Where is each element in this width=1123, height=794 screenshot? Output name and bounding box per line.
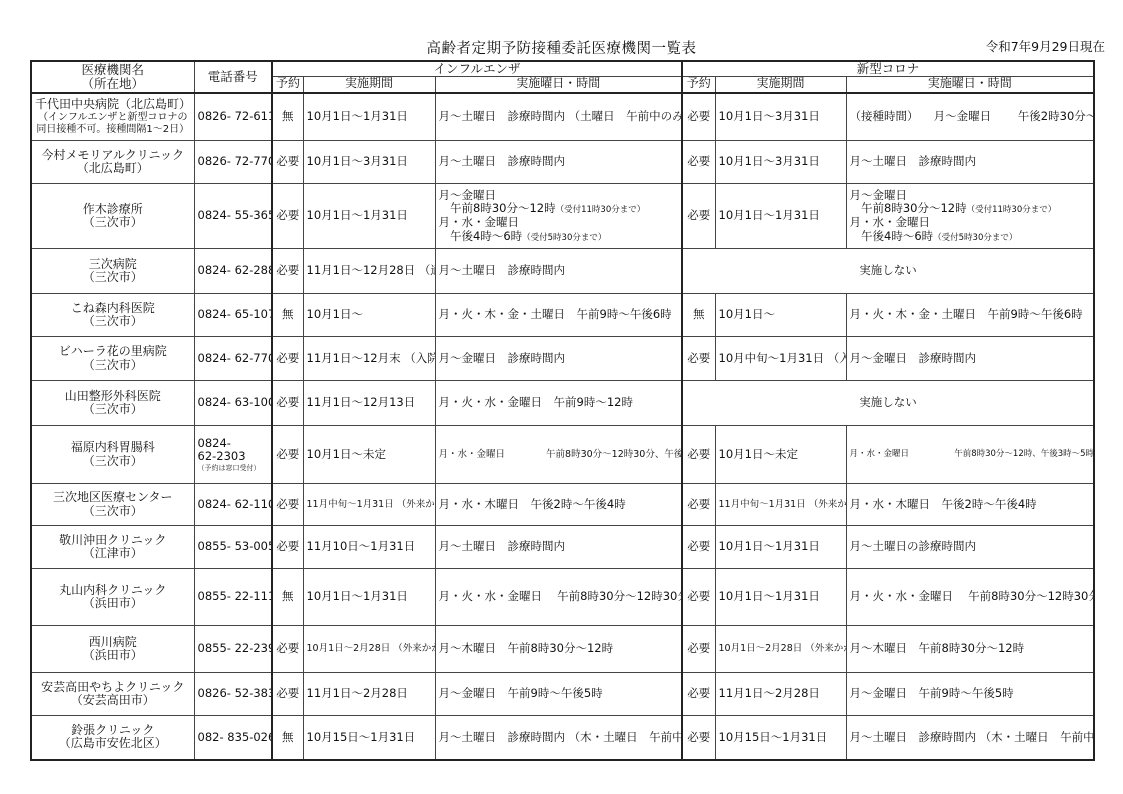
covid-times: 月～金曜日 診療時間内 <box>846 337 1094 381</box>
institution-name: 作木診療所 <box>35 203 191 217</box>
institution-location: （広島市安佐北区） <box>35 737 191 751</box>
as-of-date: 令和7年9月29日現在 <box>986 37 1105 55</box>
flu-times: 月～土曜日 診療時間内 <box>435 526 682 569</box>
institution-cell: 山田整形外科医院 （三次市） <box>31 381 194 426</box>
institution-cell: ビハーラ花の里病院 （三次市） <box>31 337 194 381</box>
institution-location: （浜田市） <box>35 597 191 611</box>
institution-name: 福原内科胃腸科 <box>35 441 191 455</box>
institution-location: （三次市） <box>35 455 191 469</box>
institution-name: 三次病院 <box>35 258 191 272</box>
institution-location: （三次市） <box>35 505 191 519</box>
flu-reservation: 必要 <box>272 526 303 569</box>
institution-cell: 今村メモリアルクリニック （北広島町） <box>31 141 194 184</box>
covid-times: 月～土曜日の診療時間内 <box>846 526 1094 569</box>
header-flu-reservation: 予約 <box>272 76 303 93</box>
institution-note: （インフルエンザと新型コロナの 同日接種不可。接種間隔1～2日） <box>35 112 191 136</box>
institution-name: 敬川沖田クリニック <box>35 534 191 548</box>
table-row: ビハーラ花の里病院 （三次市） 0824- 62-7700 必要 11月1日～1… <box>31 337 1094 381</box>
flu-times: 月・火・水・金曜日 午前9時～12時 午後3時～6時15分 木・土曜日 午前9時… <box>435 381 682 426</box>
covid-not-offered: 実施しない <box>682 249 1094 294</box>
flu-times: 月～土曜日 診療時間内 <box>435 141 682 184</box>
covid-times: 月・水・木曜日 午後2時～午後4時 <box>846 484 1094 526</box>
phone-cell: 0824- 62-2303 （予約は窓口受付） <box>194 426 272 484</box>
flu-period: 11月1日～12月末 （入院中の方のみ接種 可） <box>303 337 435 381</box>
covid-reservation: 必要 <box>682 626 715 673</box>
phone-number: 0826- 72-7701 <box>194 141 272 184</box>
header-covid-days-times: 実施曜日・時間 <box>846 76 1094 93</box>
institution-cell: こね森内科医院 （三次市） <box>31 294 194 337</box>
time-text: 午前8時30分～12時 <box>850 201 967 215</box>
header-covid: 新型コロナ <box>682 61 1094 76</box>
table-row: 敬川沖田クリニック （江津市） 0855- 53-0050 必要 11月10日～… <box>31 526 1094 569</box>
institution-cell: 鈴張クリニック （広島市安佐北区） <box>31 716 194 760</box>
institution-location: （三次市） <box>35 271 191 285</box>
covid-times-line: 午後4時～6時（受付5時30分まで） <box>850 230 1091 244</box>
institution-location: （北広島町） <box>35 162 191 176</box>
covid-reservation: 必要 <box>682 93 715 141</box>
covid-not-offered: 実施しない <box>682 381 1094 426</box>
covid-reservation: 必要 <box>682 337 715 381</box>
covid-period: 10月1日～1月31日 <box>715 184 846 249</box>
covid-period: 10月中旬～1月31日 （入院中の方のみ接種 可） <box>715 337 846 381</box>
covid-period: 10月1日～未定 <box>715 426 846 484</box>
flu-times-line: 月・水・金曜日 <box>439 216 679 230</box>
reception-note: （受付11時30分まで） <box>556 205 646 215</box>
header-flu-period: 実施期間 <box>303 76 435 93</box>
flu-reservation: 必要 <box>272 484 303 526</box>
flu-reservation: 必要 <box>272 673 303 716</box>
phone-number: 0855- 22-1115 <box>194 569 272 626</box>
covid-reservation: 必要 <box>682 569 715 626</box>
flu-times-line: 月～金曜日 <box>439 189 679 203</box>
covid-times: 月～土曜日 診療時間内 <box>846 141 1094 184</box>
phone-number: 082- 835-0260 <box>194 716 272 760</box>
covid-reservation: 必要 <box>682 526 715 569</box>
time-text: 月・水・金曜日 <box>850 215 931 229</box>
flu-times: 月～金曜日 診療時間内 <box>435 337 682 381</box>
institution-cell: 三次病院 （三次市） <box>31 249 194 294</box>
covid-reservation: 必要 <box>682 484 715 526</box>
reception-note: （受付11時30分まで） <box>967 205 1057 215</box>
flu-period: 11月中旬～1月31日 （外来かかりつけ患者、入院 中の方のみ接種可） <box>303 484 435 526</box>
table-row: 千代田中央病院（北広島町） （インフルエンザと新型コロナの 同日接種不可。接種間… <box>31 93 1094 141</box>
covid-period: 10月1日～3月31日 <box>715 141 846 184</box>
institution-location: （三次市） <box>35 403 191 417</box>
flu-period: 11月1日～12月28日 （通院患者のみ接種可） <box>303 249 435 294</box>
covid-period: 10月15日～1月31日 <box>715 716 846 760</box>
table-row: 鈴張クリニック （広島市安佐北区） 082- 835-0260 無 10月15日… <box>31 716 1094 760</box>
flu-period: 10月1日～1月31日 <box>303 569 435 626</box>
flu-period: 10月1日～1月31日 <box>303 93 435 141</box>
covid-period: 10月1日～3月31日 <box>715 93 846 141</box>
phone-number: 0855- 53-0050 <box>194 526 272 569</box>
covid-times: 月～木曜日 午前8時30分～12時 <box>846 626 1094 673</box>
phone-number: 0824- 62-2303 <box>198 437 269 464</box>
institution-name: 西川病院 <box>35 636 191 650</box>
flu-reservation: 必要 <box>272 381 303 426</box>
flu-times-line: 午後4時～6時（受付5時30分まで） <box>439 230 679 244</box>
flu-period: 11月10日～1月31日 <box>303 526 435 569</box>
flu-reservation: 必要 <box>272 426 303 484</box>
time-text: 午前8時30分～12時 <box>439 201 556 215</box>
flu-times: 月～土曜日 診療時間内 （木・土曜日 午前中のみ） <box>435 716 682 760</box>
time-text: 午後4時～6時 <box>439 229 523 243</box>
covid-reservation: 必要 <box>682 673 715 716</box>
flu-reservation: 必要 <box>272 337 303 381</box>
table-row: 丸山内科クリニック （浜田市） 0855- 22-1115 無 10月1日～1月… <box>31 569 1094 626</box>
flu-reservation: 必要 <box>272 184 303 249</box>
table-row: 三次病院 （三次市） 0824- 62-2888 必要 11月1日～12月28日… <box>31 249 1094 294</box>
covid-reservation: 無 <box>682 294 715 337</box>
flu-reservation: 無 <box>272 569 303 626</box>
institution-location: （三次市） <box>35 315 191 329</box>
phone-note: （予約は窓口受付） <box>198 464 269 473</box>
reception-note: （受付5時30分まで） <box>522 233 606 243</box>
phone-number: 0826- 72-6111 <box>194 93 272 141</box>
institution-cell: 作木診療所 （三次市） <box>31 184 194 249</box>
covid-period: 10月1日～ <box>715 294 846 337</box>
institution-location: （三次市） <box>35 216 191 230</box>
covid-times: 月・火・木・金・土曜日 午前9時～午後6時 <box>846 294 1094 337</box>
header-location-label: （所在地） <box>35 77 191 91</box>
covid-times: 月～金曜日 午前8時30分～12時（受付11時30分まで） 月・水・金曜日 午後… <box>846 184 1094 249</box>
institution-name: 安芸高田やちよクリニック <box>35 681 191 695</box>
flu-period: 11月1日～12月13日 <box>303 381 435 426</box>
table-row: 西川病院 （浜田市） 0855- 22-2390 必要 10月1日～2月28日 … <box>31 626 1094 673</box>
phone-number: 0824- 63-1000 <box>194 381 272 426</box>
institution-cell: 三次地区医療センター （三次市） <box>31 484 194 526</box>
phone-number: 0824- 62-1103 <box>194 484 272 526</box>
flu-times: 月・火・木・金・土曜日 午前9時～午後6時 <box>435 294 682 337</box>
institution-location: （浜田市） <box>35 649 191 663</box>
covid-period: 10月1日～2月28日 （外来かかりつけ患者・入院 中の方のみ接種可） <box>715 626 846 673</box>
institution-name: 山田整形外科医院 <box>35 390 191 404</box>
page-title: 高齢者定期予防接種委託医療機関一覧表 <box>0 37 1123 58</box>
institution-cell: 西川病院 （浜田市） <box>31 626 194 673</box>
institution-cell: 敬川沖田クリニック （江津市） <box>31 526 194 569</box>
time-text: 午後4時～6時 <box>850 229 934 243</box>
institution-location: （三次市） <box>35 359 191 373</box>
flu-reservation: 無 <box>272 716 303 760</box>
header-institution-label: 医療機関名 <box>35 63 191 77</box>
covid-times-line: 月・水・金曜日 <box>850 216 1091 230</box>
flu-period: 11月1日～2月28日 <box>303 673 435 716</box>
table-row: 三次地区医療センター （三次市） 0824- 62-1103 必要 11月中旬～… <box>31 484 1094 526</box>
reception-note: （受付5時30分まで） <box>933 233 1017 243</box>
header-flu-days-times: 実施曜日・時間 <box>435 76 682 93</box>
covid-period: 10月1日～1月31日 <box>715 526 846 569</box>
flu-reservation: 必要 <box>272 249 303 294</box>
covid-reservation: 必要 <box>682 426 715 484</box>
covid-times: （接種時間） 月～金曜日 午後2時30分～午後4時30分 <box>846 93 1094 141</box>
institution-cell: 福原内科胃腸科 （三次市） <box>31 426 194 484</box>
header-covid-period: 実施期間 <box>715 76 846 93</box>
flu-times: 月・水・木曜日 午後2時～午後4時 <box>435 484 682 526</box>
phone-number: 0826- 52-3838 <box>194 673 272 716</box>
institution-name: ビハーラ花の里病院 <box>35 345 191 359</box>
table-row: 作木診療所 （三次市） 0824- 55-3651 必要 10月1日～1月31日… <box>31 184 1094 249</box>
institution-cell: 安芸高田やちよクリニック （安芸高田市） <box>31 673 194 716</box>
covid-reservation: 必要 <box>682 141 715 184</box>
flu-reservation: 必要 <box>272 626 303 673</box>
covid-period: 11月1日～2月28日 <box>715 673 846 716</box>
covid-reservation: 必要 <box>682 716 715 760</box>
flu-period: 10月1日～ <box>303 294 435 337</box>
covid-times: 月・火・水・金曜日 午前8時30分～12時30分 午後3時～6時 木・土曜日 午… <box>846 569 1094 626</box>
phone-number: 0855- 22-2390 <box>194 626 272 673</box>
covid-times: 月・水・金曜日 午前8時30分～12時、午後3時～5時30分 火曜日 午前8時3… <box>846 426 1094 484</box>
time-text: 月～金曜日 <box>850 188 908 202</box>
time-text: 月～金曜日 <box>439 188 497 202</box>
header-covid-reservation: 予約 <box>682 76 715 93</box>
institution-name: こね森内科医院 <box>35 302 191 316</box>
flu-period: 10月1日～1月31日 <box>303 184 435 249</box>
flu-times: 月～土曜日 診療時間内 <box>435 249 682 294</box>
flu-times: 月・水・金曜日 午前8時30分～12時30分、午後3時～6時 火曜日 午前8時3… <box>435 426 682 484</box>
flu-times: 月～木曜日 午前8時30分～12時 <box>435 626 682 673</box>
time-text: 月・水・金曜日 <box>439 215 520 229</box>
table-row: 今村メモリアルクリニック （北広島町） 0826- 72-7701 必要 10月… <box>31 141 1094 184</box>
phone-number: 0824- 55-3651 <box>194 184 272 249</box>
covid-times: 月～土曜日 診療時間内 （木・土曜日 午前中のみ） <box>846 716 1094 760</box>
flu-reservation: 必要 <box>272 141 303 184</box>
institution-location: （江津市） <box>35 547 191 561</box>
institution-table: 医療機関名 （所在地） 電話番号 インフルエンザ 新型コロナ 予約 実施期間 実… <box>30 60 1095 761</box>
institution-name: 丸山内科クリニック <box>35 584 191 598</box>
covid-times-line: 午前8時30分～12時（受付11時30分まで） <box>850 202 1091 216</box>
flu-period: 10月15日～1月31日 <box>303 716 435 760</box>
header-influenza: インフルエンザ <box>272 61 682 76</box>
covid-period: 11月中旬～1月31日 （外来かかりつけ患者、入院 中の方のみ接種可） <box>715 484 846 526</box>
flu-times-line: 午前8時30分～12時（受付11時30分まで） <box>439 202 679 216</box>
institution-name: 三次地区医療センター <box>35 491 191 505</box>
table-row: 山田整形外科医院 （三次市） 0824- 63-1000 必要 11月1日～12… <box>31 381 1094 426</box>
covid-times-line: 月～金曜日 <box>850 189 1091 203</box>
phone-number: 0824- 62-2888 <box>194 249 272 294</box>
institution-location: （安芸高田市） <box>35 694 191 708</box>
header-phone: 電話番号 <box>194 61 272 93</box>
covid-reservation: 必要 <box>682 184 715 249</box>
phone-number: 0824- 62-7700 <box>194 337 272 381</box>
institution-cell: 丸山内科クリニック （浜田市） <box>31 569 194 626</box>
table-row: 福原内科胃腸科 （三次市） 0824- 62-2303 （予約は窓口受付） 必要… <box>31 426 1094 484</box>
institution-name: 千代田中央病院（北広島町） <box>35 98 191 112</box>
table-row: 安芸高田やちよクリニック （安芸高田市） 0826- 52-3838 必要 11… <box>31 673 1094 716</box>
phone-number: 0824- 65-1071 <box>194 294 272 337</box>
institution-name: 今村メモリアルクリニック <box>35 149 191 163</box>
flu-reservation: 無 <box>272 93 303 141</box>
flu-period: 10月1日～未定 <box>303 426 435 484</box>
flu-times: 月・火・水・金曜日 午前8時30分～12時30分 午後3時～6時 木・土曜日 午… <box>435 569 682 626</box>
flu-reservation: 無 <box>272 294 303 337</box>
covid-times: 月～金曜日 午前9時～午後5時 <box>846 673 1094 716</box>
header-institution: 医療機関名 （所在地） <box>31 61 194 93</box>
flu-times: 月～金曜日 午前9時～午後5時 <box>435 673 682 716</box>
flu-times: 月～金曜日 午前8時30分～12時（受付11時30分まで） 月・水・金曜日 午後… <box>435 184 682 249</box>
covid-period: 10月1日～1月31日 <box>715 569 846 626</box>
flu-times: 月～土曜日 診療時間内 （土曜日 午前中のみ） <box>435 93 682 141</box>
flu-period: 10月1日～2月28日 （外来かかりつけ患者、入院 中の方のみ接種可） <box>303 626 435 673</box>
table-row: こね森内科医院 （三次市） 0824- 65-1071 無 10月1日～ 月・火… <box>31 294 1094 337</box>
institution-cell: 千代田中央病院（北広島町） （インフルエンザと新型コロナの 同日接種不可。接種間… <box>31 93 194 141</box>
flu-period: 10月1日～3月31日 <box>303 141 435 184</box>
